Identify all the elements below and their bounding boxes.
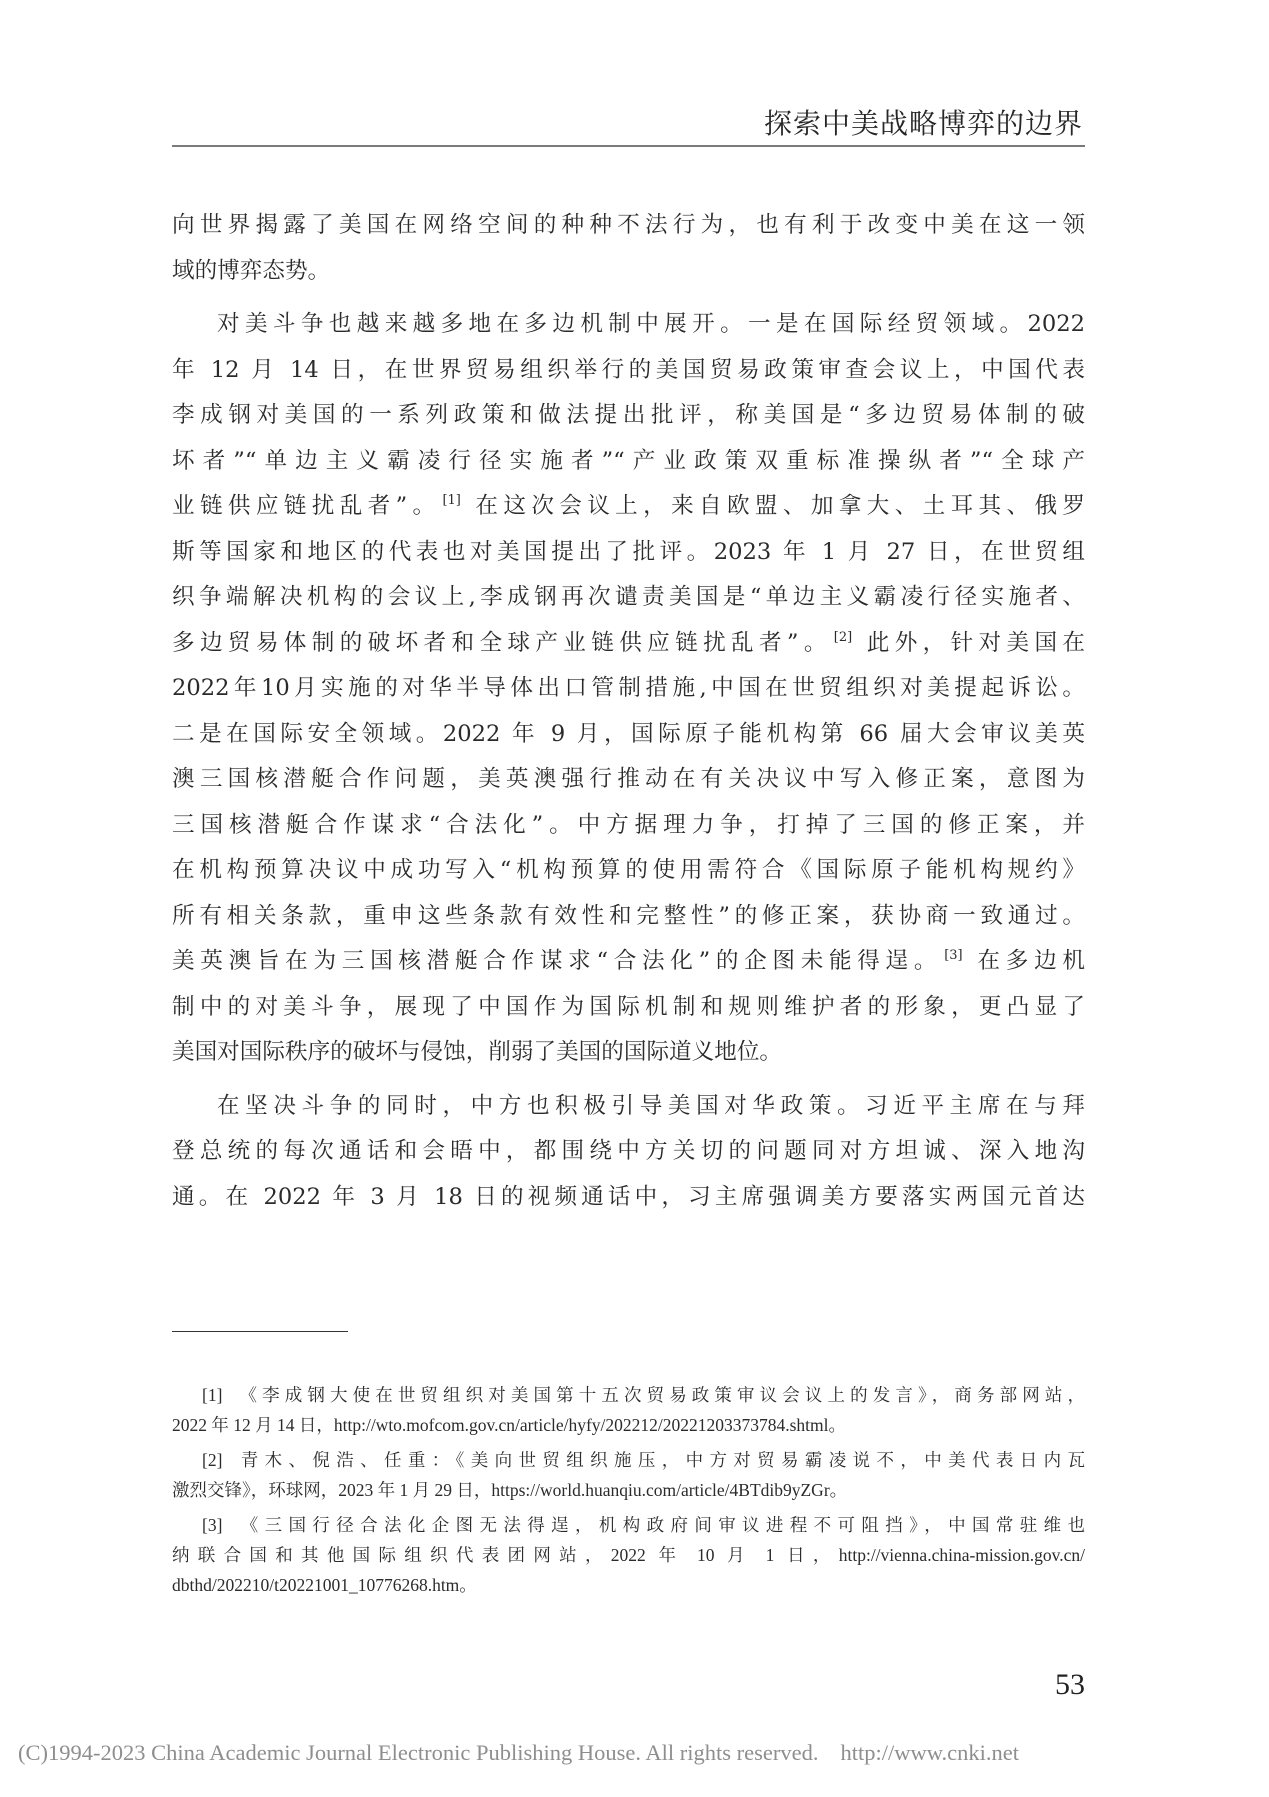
- footnote-text: 《三国行径合法化企图无法得逞，机构政府间审议进程不可阻挡》，中国常驻维也: [234, 1515, 1085, 1535]
- footnote-line: [3]《三国行径合法化企图无法得逞，机构政府间审议进程不可阻挡》，中国常驻维也: [172, 1510, 1085, 1540]
- text-line: 登总统的每次通话和会晤中，都围绕中方关切的问题同对方坦诚、深入地沟: [172, 1129, 1085, 1175]
- text-line: 多边贸易体制的破坏者和全球产业链供应链扰乱者”。[2] 此外，针对美国在: [172, 621, 1085, 667]
- text-segment: 在多边机: [965, 948, 1085, 974]
- running-header: 探索中美战略博弈的边界: [172, 100, 1085, 147]
- text-line: 美国对国际秩序的破坏与侵蚀，削弱了美国的国际道义地位。: [172, 1030, 1085, 1076]
- footnote-number: [1]: [202, 1385, 222, 1405]
- paragraph: 在坚决斗争的同时，中方也积极引导美国对华政策。习近平主席在与拜 登总统的每次通话…: [172, 1084, 1085, 1221]
- footnote-line[interactable]: 激烈交锋》，环球网，2023 年 1 月 29 日，https://world.…: [172, 1475, 1085, 1505]
- text-line: 织争端解决机构的会议上,李成钢再次谴责美国是“单边主义霸凌行径实施者、: [172, 575, 1085, 621]
- text-line: 澳三国核潜艇合作问题，美英澳强行推动在有关决议中写入修正案，意图为: [172, 757, 1085, 803]
- body-text: 向世界揭露了美国在网络空间的种种不法行为，也有利于改变中美在这一领 域的博弈态势…: [172, 203, 1085, 1220]
- text-line: 斯等国家和地区的代表也对美国提出了批评。2023 年 1 月 27 日，在世贸组: [172, 530, 1085, 576]
- footnote-text: 《李成钢大使在世贸组织对美国第十五次贸易政策审议会议上的发言》，商务部网站，: [234, 1385, 1085, 1405]
- text-line: 年 12 月 14 日，在世界贸易组织举行的美国贸易政策审查会议上，中国代表: [172, 348, 1085, 394]
- text-line: 所有相关条款，重申这些条款有效性和完整性”的修正案，获协商一致通过。: [172, 894, 1085, 940]
- footnote-ref-1[interactable]: [1]: [442, 493, 460, 508]
- text-line: 美英澳旨在为三国核潜艇合作谋求“合法化”的企图未能得逞。[3] 在多边机: [172, 939, 1085, 985]
- text-line: 对美斗争也越来越多地在多边机制中展开。一是在国际经贸领域。2022: [172, 302, 1085, 348]
- cnki-link[interactable]: http://www.cnki.net: [840, 1740, 1019, 1765]
- text-line: 二是在国际安全领域。2022 年 9 月，国际原子能机构第 66 届大会审议美英: [172, 712, 1085, 758]
- text-line: 业链供应链扰乱者”。[1] 在这次会议上，来自欧盟、加拿大、土耳其、俄罗: [172, 484, 1085, 530]
- footnote-ref-3[interactable]: [3]: [944, 948, 962, 963]
- footnote-2: [2]青木、倪浩、任重：《美向世贸组织施压，中方对贸易霸凌说不，中美代表日内瓦 …: [172, 1445, 1085, 1505]
- footnote-text: 青木、倪浩、任重：《美向世贸组织施压，中方对贸易霸凌说不，中美代表日内瓦: [234, 1450, 1085, 1470]
- text-line: 制中的对美斗争，展现了中国作为国际机制和规则维护者的形象，更凸显了: [172, 985, 1085, 1031]
- text-line: 通。在 2022 年 3 月 18 日的视频通话中，习主席强调美方要落实两国元首…: [172, 1175, 1085, 1221]
- text-segment: 在这次会议上，来自欧盟、加拿大、土耳其、俄罗: [463, 493, 1085, 519]
- text-line: 三国核潜艇合作谋求“合法化”。中方据理力争，打掉了三国的修正案，并: [172, 803, 1085, 849]
- footnote-line[interactable]: 2022 年 12 月 14 日，http://wto.mofcom.gov.c…: [172, 1410, 1085, 1440]
- text-segment: 此外，针对美国在: [854, 630, 1085, 656]
- text-line: 域的博弈态势。: [172, 249, 1085, 295]
- footnote-line[interactable]: 纳联合国和其他国际组织代表团网站，2022 年 10 月 1 日，http://…: [172, 1540, 1085, 1570]
- text-line: 在机构预算决议中成功写入“机构预算的使用需符合《国际原子能机构规约》: [172, 848, 1085, 894]
- page-number: 53: [1055, 1668, 1085, 1702]
- text-segment: 多边贸易体制的破坏者和全球产业链供应链扰乱者”。: [172, 630, 832, 656]
- footnote-line[interactable]: dbthd/202210/t20221001_10776268.htm。: [172, 1570, 1085, 1600]
- paragraph: 对美斗争也越来越多地在多边机制中展开。一是在国际经贸领域。2022 年 12 月…: [172, 302, 1085, 1076]
- text-segment: 业链供应链扰乱者”。: [172, 493, 440, 519]
- footnote-3: [3]《三国行径合法化企图无法得逞，机构政府间审议进程不可阻挡》，中国常驻维也 …: [172, 1510, 1085, 1600]
- copyright-text: (C)1994-2023 China Academic Journal Elec…: [18, 1740, 818, 1765]
- footnotes: [1]《李成钢大使在世贸组织对美国第十五次贸易政策审议会议上的发言》，商务部网站…: [172, 1380, 1085, 1605]
- footnote-line: [2]青木、倪浩、任重：《美向世贸组织施压，中方对贸易霸凌说不，中美代表日内瓦: [172, 1445, 1085, 1475]
- paragraph: 向世界揭露了美国在网络空间的种种不法行为，也有利于改变中美在这一领 域的博弈态势…: [172, 203, 1085, 294]
- footnote-separator: [172, 1331, 348, 1332]
- text-segment: 美英澳旨在为三国核潜艇合作谋求“合法化”的企图未能得逞。: [172, 948, 942, 974]
- text-line: 2022年10月实施的对华半导体出口管制措施,中国在世贸组织对美提起诉讼。: [172, 666, 1085, 712]
- text-line: 李成钢对美国的一系列政策和做法提出批评，称美国是“多边贸易体制的破: [172, 393, 1085, 439]
- footnote-1: [1]《李成钢大使在世贸组织对美国第十五次贸易政策审议会议上的发言》，商务部网站…: [172, 1380, 1085, 1440]
- text-line: 坏者”“单边主义霸凌行径实施者”“产业政策双重标准操纵者”“全球产: [172, 439, 1085, 485]
- footnote-ref-2[interactable]: [2]: [834, 630, 852, 645]
- text-line: 向世界揭露了美国在网络空间的种种不法行为，也有利于改变中美在这一领: [172, 203, 1085, 249]
- footnote-number: [3]: [202, 1515, 222, 1535]
- copyright-footer: (C)1994-2023 China Academic Journal Elec…: [0, 1740, 1269, 1766]
- footnote-line: [1]《李成钢大使在世贸组织对美国第十五次贸易政策审议会议上的发言》，商务部网站…: [172, 1380, 1085, 1410]
- footnote-number: [2]: [202, 1450, 222, 1470]
- running-title: 探索中美战略博弈的边界: [764, 102, 1083, 142]
- text-line: 在坚决斗争的同时，中方也积极引导美国对华政策。习近平主席在与拜: [172, 1084, 1085, 1130]
